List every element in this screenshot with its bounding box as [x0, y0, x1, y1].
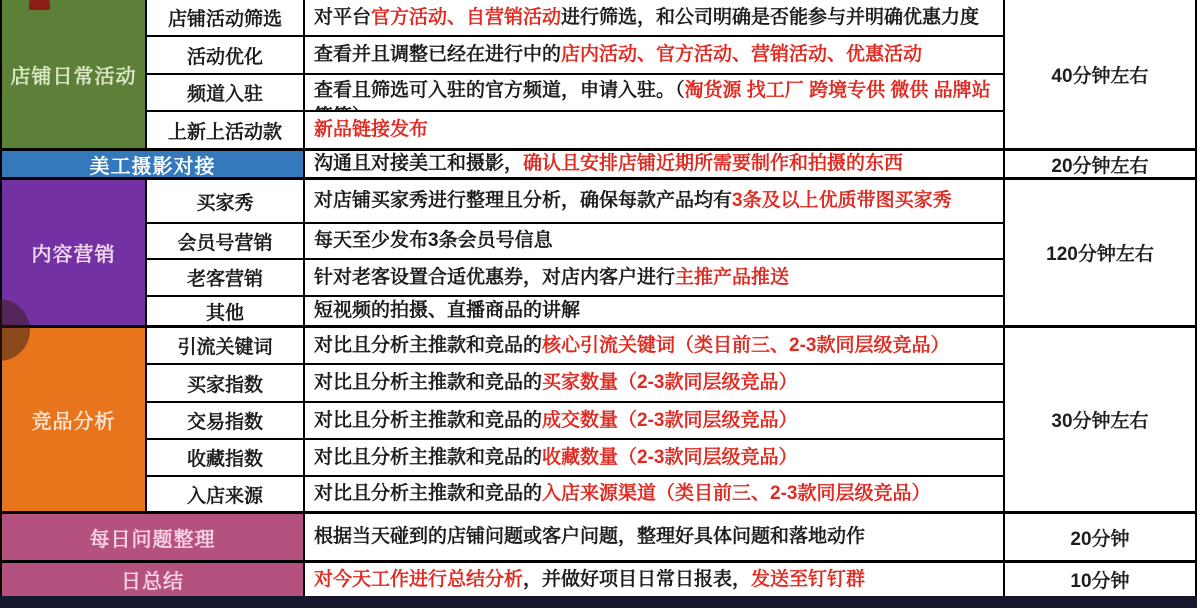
category-label: 竞品分析 — [32, 405, 116, 434]
task-label: 引流关键词 — [177, 332, 272, 359]
time-cell-store-daily: 40分钟左右 — [1005, 0, 1195, 148]
category-cell-daily-issues: 每日问题整理 — [2, 514, 303, 560]
desc-segment: 收藏数量（2-3款同层级竞品） — [542, 445, 797, 471]
desc-segment: 官方活动、自营销活动 — [371, 5, 561, 31]
desc-cell-design-photography: 沟通且对接美工和摄影，确认且安排店铺近期所需要制作和拍摄的东西 — [305, 151, 1003, 177]
task-cell-favorite-index: 收藏指数 — [147, 440, 303, 475]
section-content-marketing: 内容营销 买家秀 对店铺买家秀进行整理且分析，确保每款产品均有3条及以上优质带图… — [0, 180, 1197, 325]
desc-segment: 发送至钉钉群 — [751, 567, 865, 593]
task-label: 买家秀 — [196, 188, 253, 215]
category-label: 每日问题整理 — [90, 523, 216, 552]
desc-segment: 买家数量（2-3款同层级竞品） — [542, 370, 797, 396]
desc-segment: 查看且筛选可入驻的官方频道，申请入驻。（ — [314, 80, 685, 101]
desc-segment: 3条及以上优质带图买家秀 — [732, 188, 952, 214]
desc-cell-activity-optimize: 查看并且调整已经在进行中的店内活动、官方活动、营销活动、优惠活动 — [305, 37, 1003, 73]
time-label: 10分钟 — [1070, 566, 1129, 593]
desc-segment: 对比且分析主推款和竞品的 — [314, 370, 542, 396]
desc-cell-returning-customer: 针对老客设置合适优惠券，对店内客户进行主推产品推送 — [305, 260, 1003, 295]
desc-text: 查看且筛选可入驻的官方频道，申请入驻。（淘货源 找工厂 跨境专供 微供 品牌站 … — [314, 78, 997, 110]
desc-segment: 短视频的拍摄、直播商品的讲解 — [314, 298, 580, 324]
task-cell-other: 其他 — [147, 297, 303, 325]
category-label: 店铺日常活动 — [11, 60, 137, 89]
category-label: 内容营销 — [32, 238, 116, 267]
task-cell-traffic-keywords: 引流关键词 — [147, 328, 303, 363]
task-label: 店铺活动筛选 — [168, 4, 282, 31]
desc-cell-other: 短视频的拍摄、直播商品的讲解 — [305, 297, 1003, 325]
task-cell-activity-filter: 店铺活动筛选 — [147, 0, 303, 35]
table-bottom-border — [0, 596, 1197, 608]
time-label: 20分钟左右 — [1051, 151, 1148, 177]
category-cell-content-marketing: 内容营销 — [2, 180, 145, 325]
time-label: 20分钟 — [1070, 524, 1129, 551]
desc-cell-buyer-show: 对店铺买家秀进行整理且分析，确保每款产品均有3条及以上优质带图买家秀 — [305, 180, 1003, 222]
desc-segment: 成交数量（2-3款同层级竞品） — [542, 408, 797, 434]
desc-cell-activity-filter: 对平台官方活动、自营销活动进行筛选，和公司明确是否能参与并明确优惠力度 — [305, 0, 1003, 35]
task-cell-returning-customer: 老客营销 — [147, 260, 303, 295]
task-cell-channel-entry: 频道入驻 — [147, 75, 303, 110]
desc-segment: 对比且分析主推款和竞品的 — [314, 481, 542, 507]
desc-cell-daily-summary: 对今天工作进行总结分析，并做好项目日常日报表，发送至钉钉群 — [305, 563, 1003, 596]
desc-cell-store-entry-source: 对比且分析主推款和竞品的入店来源渠道（类目前三、2-3款同层级竞品） — [305, 477, 1003, 511]
category-label: 日总结 — [121, 565, 184, 594]
section-design-photography: 美工摄影对接 沟通且对接美工和摄影，确认且安排店铺近期所需要制作和拍摄的东西 2… — [0, 151, 1197, 177]
desc-segment: 每天至少发布3条会员号信息 — [314, 228, 553, 254]
category-cell-daily-summary: 日总结 — [2, 563, 303, 596]
time-cell-design-photography: 20分钟左右 — [1005, 151, 1195, 177]
desc-cell-channel-entry: 查看且筛选可入驻的官方频道，申请入驻。（淘货源 找工厂 跨境专供 微供 品牌站 … — [305, 75, 1003, 110]
category-cell-store-daily: 店铺日常活动 — [2, 0, 145, 148]
desc-segment: 根据当天碰到的店铺问题或客户问题，整理好具体问题和落地动作 — [314, 524, 865, 550]
task-label: 收藏指数 — [187, 444, 263, 471]
section-competitor-analysis: 竞品分析 引流关键词 对比且分析主推款和竞品的核心引流关键词（类目前三、2-3款… — [0, 328, 1197, 511]
task-cell-buyer-show: 买家秀 — [147, 180, 303, 222]
desc-cell-new-listing: 新品链接发布 — [305, 112, 1003, 148]
category-cell-competitor-analysis: 竞品分析 — [2, 328, 145, 511]
desc-segment: 进行筛选，和公司明确是否能参与并明确优惠力度 — [561, 5, 979, 31]
section-daily-summary: 日总结 对今天工作进行总结分析，并做好项目日常日报表，发送至钉钉群 10分钟 — [0, 563, 1197, 596]
desc-cell-buyer-index: 对比且分析主推款和竞品的买家数量（2-3款同层级竞品） — [305, 365, 1003, 401]
desc-segment: 对店铺买家秀进行整理且分析，确保每款产品均有 — [314, 188, 732, 214]
task-label: 入店来源 — [187, 481, 263, 508]
desc-segment: 新品链接发布 — [314, 117, 428, 143]
desc-segment: 沟通且对接美工和摄影， — [314, 151, 523, 177]
desc-cell-daily-issues: 根据当天碰到的店铺问题或客户问题，整理好具体问题和落地动作 — [305, 514, 1003, 560]
desc-segment: 对比且分析主推款和竞品的 — [314, 408, 542, 434]
task-label: 其他 — [206, 298, 244, 325]
task-label: 交易指数 — [187, 407, 263, 434]
desc-cell-traffic-keywords: 对比且分析主推款和竞品的核心引流关键词（类目前三、2-3款同层级竞品） — [305, 328, 1003, 363]
time-label: 40分钟左右 — [1051, 61, 1148, 88]
task-cell-member-marketing: 会员号营销 — [147, 224, 303, 258]
task-cell-trade-index: 交易指数 — [147, 403, 303, 438]
table-body: 店铺日常活动 店铺活动筛选 对平台官方活动、自营销活动进行筛选，和公司明确是否能… — [0, 0, 1197, 596]
desc-segment: 对比且分析主推款和竞品的 — [314, 445, 542, 471]
task-label: 活动优化 — [187, 42, 263, 69]
section-daily-issues: 每日问题整理 根据当天碰到的店铺问题或客户问题，整理好具体问题和落地动作 20分… — [0, 514, 1197, 560]
task-label: 会员号营销 — [177, 228, 272, 255]
task-label: 频道入驻 — [187, 79, 263, 106]
task-cell-activity-optimize: 活动优化 — [147, 37, 303, 73]
category-cell-design-photography: 美工摄影对接 — [2, 151, 303, 177]
desc-segment: 对比且分析主推款和竞品的 — [314, 333, 542, 359]
task-label: 买家指数 — [187, 370, 263, 397]
desc-segment: 入店来源渠道（类目前三、2-3款同层级竞品） — [542, 481, 930, 507]
desc-segment: 主推产品推送 — [675, 265, 789, 291]
task-label: 老客营销 — [187, 264, 263, 291]
desc-segment: 对今天工作进行总结分析 — [314, 567, 523, 593]
task-cell-buyer-index: 买家指数 — [147, 365, 303, 401]
time-label: 120分钟左右 — [1046, 239, 1154, 266]
task-label: 上新上活动款 — [168, 117, 282, 144]
time-cell-daily-summary: 10分钟 — [1005, 563, 1195, 596]
desc-segment: 淘货源 找工厂 跨境专供 微供 品牌站 — [685, 80, 991, 101]
task-cell-new-listing: 上新上活动款 — [147, 112, 303, 148]
time-cell-content-marketing: 120分钟左右 — [1005, 180, 1195, 325]
desc-cell-trade-index: 对比且分析主推款和竞品的成交数量（2-3款同层级竞品） — [305, 403, 1003, 438]
time-label: 30分钟左右 — [1051, 406, 1148, 433]
desc-cell-member-marketing: 每天至少发布3条会员号信息 — [305, 224, 1003, 258]
desc-segment: 对平台 — [314, 5, 371, 31]
desc-segment: 查看并且调整已经在进行中的 — [314, 42, 561, 68]
desc-segment: 店内活动、官方活动、营销活动、优惠活动 — [561, 42, 922, 68]
desc-segment: 等等） — [314, 106, 371, 110]
task-cell-store-entry-source: 入店来源 — [147, 477, 303, 511]
desc-segment: ，并做好项目日常日报表， — [523, 567, 751, 593]
section-store-daily-activities: 店铺日常活动 店铺活动筛选 对平台官方活动、自营销活动进行筛选，和公司明确是否能… — [0, 0, 1197, 148]
desc-cell-favorite-index: 对比且分析主推款和竞品的收藏数量（2-3款同层级竞品） — [305, 440, 1003, 475]
desc-segment: 针对老客设置合适优惠券，对店内客户进行 — [314, 265, 675, 291]
time-cell-competitor-analysis: 30分钟左右 — [1005, 328, 1195, 511]
daily-task-schedule-table: 店铺日常活动 店铺活动筛选 对平台官方活动、自营销活动进行筛选，和公司明确是否能… — [0, 0, 1204, 608]
desc-segment: 核心引流关键词（类目前三、2-3款同层级竞品） — [542, 333, 949, 359]
category-label: 美工摄影对接 — [90, 151, 216, 177]
desc-segment: 确认且安排店铺近期所需要制作和拍摄的东西 — [523, 151, 903, 177]
time-cell-daily-issues: 20分钟 — [1005, 514, 1195, 560]
